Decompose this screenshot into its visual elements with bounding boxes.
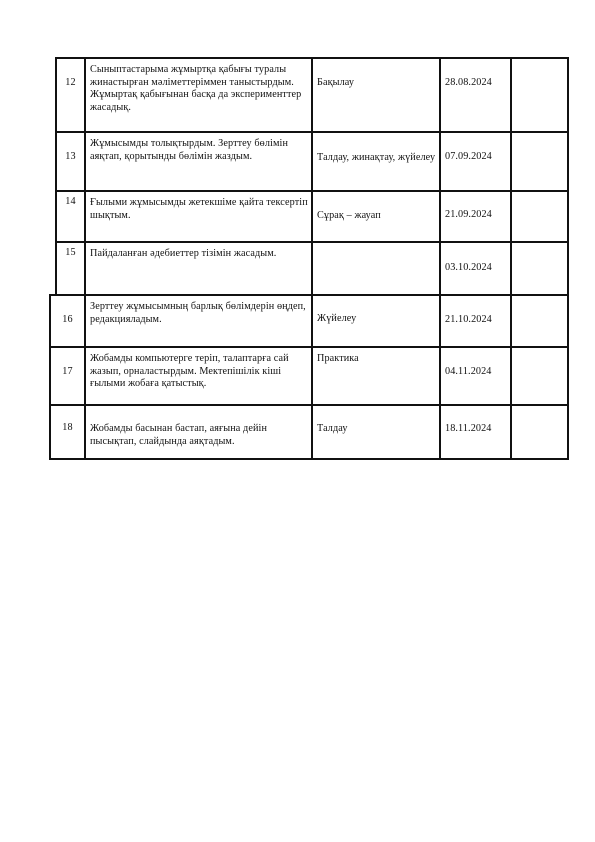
document-page: 12Сыныптастарыма жұмыртқа қабығы туралы … xyxy=(0,0,595,842)
cell-border xyxy=(510,57,512,133)
cell-border xyxy=(311,57,313,133)
cell-border xyxy=(84,346,86,406)
cell-border xyxy=(567,190,569,243)
method-cell: Бақылау xyxy=(313,57,439,133)
cell-border xyxy=(510,190,512,243)
cell-border xyxy=(49,346,51,406)
note-cell xyxy=(512,346,567,406)
table-row: 18Жобамды басынан бастап, аяғына дейін п… xyxy=(49,404,569,460)
cell-border xyxy=(439,57,441,133)
cell-border xyxy=(510,241,512,296)
note-cell xyxy=(512,190,567,243)
table-row: 12Сыныптастарыма жұмыртқа қабығы туралы … xyxy=(55,57,569,133)
cell-border xyxy=(84,241,86,296)
cell-border xyxy=(439,131,441,192)
cell-border xyxy=(55,57,57,133)
cell-border xyxy=(567,346,569,406)
row-border xyxy=(49,294,569,296)
cell-border xyxy=(84,57,86,133)
row-border xyxy=(49,458,569,460)
row-border xyxy=(49,346,569,348)
row-number: 18 xyxy=(51,404,84,460)
cell-border xyxy=(439,241,441,296)
cell-border xyxy=(55,190,57,243)
cell-border xyxy=(311,294,313,348)
task-description: Жобамды компьютерге теріп, талаптарға са… xyxy=(86,346,311,406)
row-number: 15 xyxy=(57,241,84,296)
cell-border xyxy=(84,131,86,192)
cell-border xyxy=(510,131,512,192)
row-number: 16 xyxy=(51,294,84,348)
row-number: 17 xyxy=(51,346,84,406)
date-cell: 04.11.2024 xyxy=(441,346,510,406)
row-border xyxy=(55,241,569,243)
cell-border xyxy=(311,131,313,192)
date-cell: 21.09.2024 xyxy=(441,190,510,243)
cell-border xyxy=(567,294,569,348)
date-cell: 21.10.2024 xyxy=(441,294,510,348)
cell-border xyxy=(55,241,57,296)
method-cell: Жүйелеу xyxy=(313,294,439,348)
table-row: 17Жобамды компьютерге теріп, талаптарға … xyxy=(49,346,569,406)
method-cell: Сұрақ – жауап xyxy=(313,190,439,243)
task-description: Ғылыми жұмысымды жетекшіме қайта тексерт… xyxy=(86,190,311,243)
cell-border xyxy=(84,190,86,243)
note-cell xyxy=(512,131,567,192)
row-border xyxy=(55,190,569,192)
row-border xyxy=(49,404,569,406)
task-description: Жұмысымды толықтырдым. Зерттеу бөлімін а… xyxy=(86,131,311,192)
table-row: 16Зерттеу жұмысымның барлық бөлімдерін ө… xyxy=(49,294,569,348)
cell-border xyxy=(567,241,569,296)
cell-border xyxy=(84,294,86,348)
table-row: 15Пайдаланған әдебиеттер тізімін жасадым… xyxy=(55,241,569,296)
row-border xyxy=(55,131,569,133)
table-row: 13Жұмысымды толықтырдым. Зерттеу бөлімін… xyxy=(55,131,569,192)
cell-border xyxy=(439,404,441,460)
cell-border xyxy=(439,294,441,348)
note-cell xyxy=(512,294,567,348)
task-description: Сыныптастарыма жұмыртқа қабығы туралы жи… xyxy=(86,57,311,133)
note-cell xyxy=(512,57,567,133)
cell-border xyxy=(510,294,512,348)
date-cell: 07.09.2024 xyxy=(441,131,510,192)
cell-border xyxy=(567,131,569,192)
cell-border xyxy=(567,404,569,460)
cell-border xyxy=(311,241,313,296)
method-cell: Практика xyxy=(313,346,439,406)
note-cell xyxy=(512,241,567,296)
date-cell: 03.10.2024 xyxy=(441,241,510,296)
cell-border xyxy=(311,404,313,460)
cell-border xyxy=(84,404,86,460)
task-description: Зерттеу жұмысымның барлық бөлімдерін өңд… xyxy=(86,294,311,348)
cell-border xyxy=(510,404,512,460)
method-cell xyxy=(313,241,439,296)
row-number: 13 xyxy=(57,131,84,192)
method-cell: Талдау, жинақтау, жүйелеу xyxy=(313,131,439,192)
row-number: 14 xyxy=(57,190,84,243)
cell-border xyxy=(439,346,441,406)
table-row: 14Ғылыми жұмысымды жетекшіме қайта тексе… xyxy=(55,190,569,243)
row-number: 12 xyxy=(57,57,84,133)
note-cell xyxy=(512,404,567,460)
cell-border xyxy=(49,294,51,348)
cell-border xyxy=(439,190,441,243)
date-cell: 18.11.2024 xyxy=(441,404,510,460)
cell-border xyxy=(311,346,313,406)
row-border xyxy=(55,57,569,59)
date-cell: 28.08.2024 xyxy=(441,57,510,133)
task-description: Жобамды басынан бастап, аяғына дейін пыс… xyxy=(86,404,311,460)
cell-border xyxy=(49,404,51,460)
cell-border xyxy=(55,131,57,192)
method-cell: Талдау xyxy=(313,404,439,460)
cell-border xyxy=(567,57,569,133)
task-description: Пайдаланған әдебиеттер тізімін жасадым. xyxy=(86,241,311,296)
cell-border xyxy=(510,346,512,406)
cell-border xyxy=(311,190,313,243)
